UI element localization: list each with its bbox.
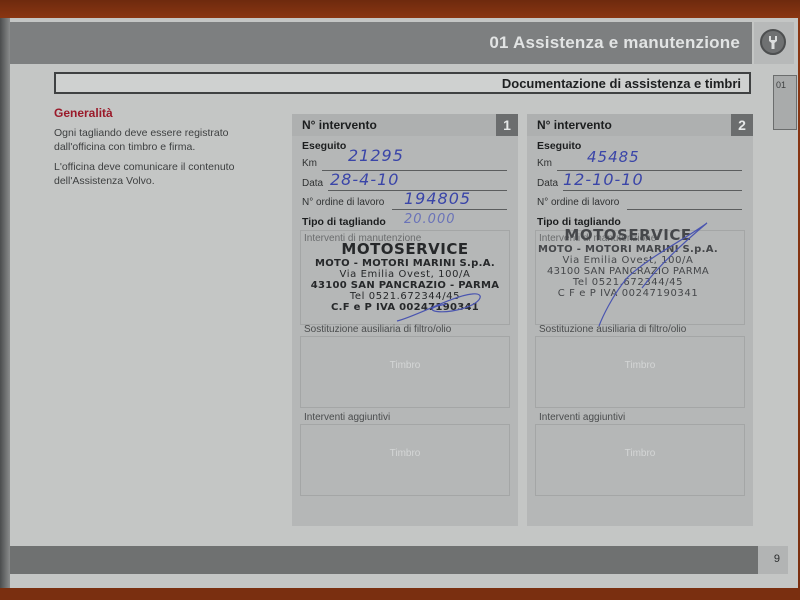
card-number: 1 [496,114,518,136]
km-label: Km [537,158,552,169]
sostituzione-box [300,336,510,408]
card-body: Eseguito Km 45485 Data 12-10-10 N° ordin… [527,136,753,526]
data-value: 12-10-10 [563,170,644,189]
chapter-title: 01 Assistenza e manutenzione [489,33,740,53]
eseguito-label: Eseguito [537,140,581,152]
chapter-tab-label: 01 [776,80,786,90]
intro-heading: Generalità [54,106,269,120]
section-title: Documentazione di assistenza e timbri [502,76,741,91]
chapter-icon-box [754,22,794,64]
footer-bar [10,546,758,574]
wrench-icon [760,29,786,55]
card-title: N° intervento [302,118,377,132]
stamp-placeholder: Timbro [300,448,510,459]
intro-section: Generalità Ogni tagliando deve essere re… [54,106,269,194]
page-number-box: 9 [758,546,788,574]
ordine-label: N° ordine di lavoro [302,197,384,208]
chapter-header: 01 Assistenza e manutenzione [10,22,752,64]
ordine-line [627,209,742,210]
tipo-value: 20.000 [404,212,456,227]
section-header: Documentazione di assistenza e timbri [54,72,751,94]
data-line [563,190,742,191]
ordine-value: 194805 [404,189,471,208]
km-value: 45485 [587,148,640,166]
intro-paragraph: L'officina deve comunicare il contenuto … [54,160,269,188]
card-title: N° intervento [537,118,612,132]
card-number: 2 [731,114,753,136]
eseguito-label: Eseguito [302,140,346,152]
ordine-label: N° ordine di lavoro [537,197,619,208]
tipo-label: Tipo di tagliando [302,216,386,228]
service-card-1: N° intervento 1 Eseguito Km 21295 Data 2… [292,114,518,526]
page-spine [0,18,10,588]
ordine-line [392,209,507,210]
sostituzione-label: Sostituzione ausiliaria di filtro/olio [539,324,686,335]
sostituzione-label: Sostituzione ausiliaria di filtro/olio [304,324,451,335]
chapter-tab[interactable]: 01 [773,75,797,130]
data-label: Data [302,178,323,189]
card-body: Eseguito Km 21295 Data 28-4-10 N° ordine… [292,136,518,526]
stamp-line: Via Emilia Ovest, 100/A [292,269,518,280]
aggiuntivi-label: Interventi aggiuntivi [304,412,390,423]
data-label: Data [537,178,558,189]
km-value: 21295 [348,146,404,165]
sostituzione-box [535,336,745,408]
km-label: Km [302,158,317,169]
data-value: 28-4-10 [330,170,399,189]
card-header: N° intervento 1 [292,114,518,136]
signature [587,218,717,328]
stamp-placeholder: Timbro [535,448,745,459]
service-card-2: N° intervento 2 Eseguito Km 45485 Data 1… [527,114,753,526]
page-number: 9 [774,553,780,565]
stamp-placeholder: Timbro [535,360,745,371]
aggiuntivi-box [535,424,745,496]
stamp-line: MOTO - MOTORI MARINI S.p.A. [292,258,518,269]
signature [392,286,492,326]
aggiuntivi-label: Interventi aggiuntivi [539,412,625,423]
card-header: N° intervento 2 [527,114,753,136]
intro-paragraph: Ogni tagliando deve essere registrato da… [54,126,269,154]
stamp-placeholder: Timbro [300,360,510,371]
aggiuntivi-box [300,424,510,496]
stamp-line: MOTOSERVICE [292,240,518,258]
